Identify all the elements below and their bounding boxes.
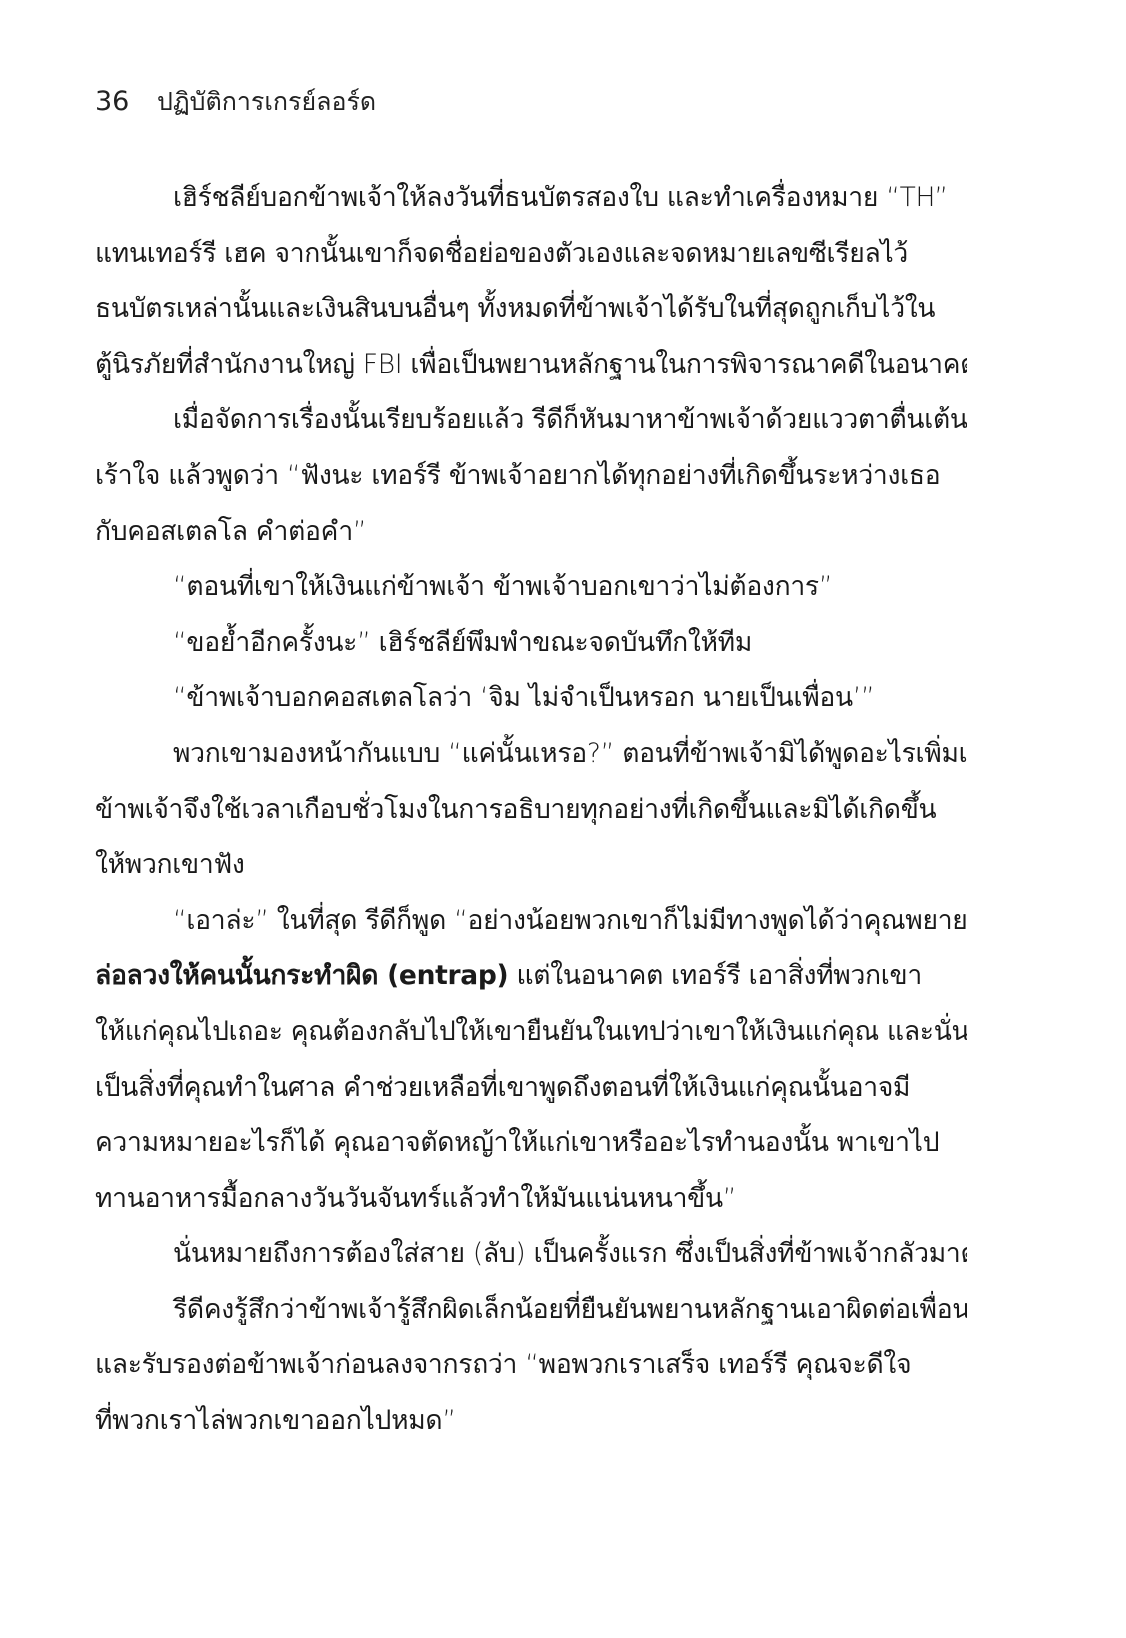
paragraph: เมื่อจัดการเรื่องนั้นเรียบร้อยแล้ว รีดีก…	[95, 392, 967, 559]
book-page: 36 ปฏิบัติการเกรย์ลอร์ด เฮิร์ชลีย์บอกข้า…	[0, 0, 1126, 1638]
text-line: ทานอาหารมื้อกลางวันวันจันทร์แล้วทำให้มัน…	[95, 1171, 967, 1227]
running-header: 36 ปฏิบัติการเกรย์ลอร์ด	[95, 82, 376, 122]
paragraph: “ข้าพเจ้าบอกคอสเตลโลว่า ‘จิม ไม่จำเป็นหร…	[95, 670, 967, 726]
text-line: “ข้าพเจ้าบอกคอสเตลโลว่า ‘จิม ไม่จำเป็นหร…	[95, 670, 967, 726]
page-number: 36	[95, 86, 157, 117]
text-line: เมื่อจัดการเรื่องนั้นเรียบร้อยแล้ว รีดีก…	[95, 392, 967, 448]
paragraph: เฮิร์ชลีย์บอกข้าพเจ้าให้ลงวันที่ธนบัตรสอ…	[95, 170, 967, 392]
text-line: เฮิร์ชลีย์บอกข้าพเจ้าให้ลงวันที่ธนบัตรสอ…	[95, 170, 967, 226]
text-line: ล่อลวงให้คนนั้นกระทำผิด (entrap) แต่ในอน…	[95, 948, 967, 1004]
text-line: ให้พวกเขาฟัง	[95, 837, 967, 893]
text-line: ธนบัตรเหล่านั้นและเงินสินบนอื่นๆ ทั้งหมด…	[95, 281, 967, 337]
paragraph: พวกเขามองหน้ากันแบบ “แค่นั้นเหรอ?” ตอนที…	[95, 726, 967, 893]
body-text: เฮิร์ชลีย์บอกข้าพเจ้าให้ลงวันที่ธนบัตรสอ…	[95, 170, 967, 1449]
paragraph: รีดีคงรู้สึกว่าข้าพเจ้ารู้สึกผิดเล็กน้อย…	[95, 1282, 967, 1449]
text-line: “เอาล่ะ” ในที่สุด รีดีก็พูด “อย่างน้อยพว…	[95, 893, 967, 949]
bold-term: ล่อลวงให้คนนั้นกระทำผิด (entrap)	[95, 960, 508, 991]
paragraph: นั่นหมายถึงการต้องใส่สาย (ลับ) เป็นครั้ง…	[95, 1226, 967, 1282]
text-line: ความหมายอะไรก็ได้ คุณอาจตัดหญ้าให้แก่เขา…	[95, 1115, 967, 1171]
text-line: ตู้นิรภัยที่สำนักงานใหญ่ FBI เพื่อเป็นพย…	[95, 337, 967, 393]
text-line: กับคอสเตลโล คำต่อคำ”	[95, 504, 967, 560]
text-line: พวกเขามองหน้ากันแบบ “แค่นั้นเหรอ?” ตอนที…	[95, 726, 967, 782]
text-line: เร้าใจ แล้วพูดว่า “ฟังนะ เทอร์รี ข้าพเจ้…	[95, 448, 967, 504]
text-line: ที่พวกเราไล่พวกเขาออกไปหมด”	[95, 1393, 967, 1449]
text-line: นั่นหมายถึงการต้องใส่สาย (ลับ) เป็นครั้ง…	[95, 1226, 967, 1282]
text-line: ข้าพเจ้าจึงใช้เวลาเกือบชั่วโมงในการอธิบา…	[95, 782, 967, 838]
text-line: เป็นสิ่งที่คุณทำในศาล คำช่วยเหลือที่เขาพ…	[95, 1060, 967, 1116]
paragraph: “ขอย้ำอีกครั้งนะ” เฮิร์ชลีย์พึมพำขณะจดบั…	[95, 615, 967, 671]
paragraph: “ตอนที่เขาให้เงินแก่ข้าพเจ้า ข้าพเจ้าบอก…	[95, 559, 967, 615]
text-line: และรับรองต่อข้าพเจ้าก่อนลงจากรถว่า “พอพว…	[95, 1337, 967, 1393]
text-line: แทนเทอร์รี เฮค จากนั้นเขาก็จดชื่อย่อของต…	[95, 226, 967, 282]
text-line: ให้แก่คุณไปเถอะ คุณต้องกลับไปให้เขายืนยั…	[95, 1004, 967, 1060]
text-line: “ขอย้ำอีกครั้งนะ” เฮิร์ชลีย์พึมพำขณะจดบั…	[95, 615, 967, 671]
text-line: รีดีคงรู้สึกว่าข้าพเจ้ารู้สึกผิดเล็กน้อย…	[95, 1282, 967, 1338]
text-span: แต่ในอนาคต เทอร์รี เอาสิ่งที่พวกเขา	[508, 960, 922, 991]
text-line: “ตอนที่เขาให้เงินแก่ข้าพเจ้า ข้าพเจ้าบอก…	[95, 559, 967, 615]
book-title: ปฏิบัติการเกรย์ลอร์ด	[157, 82, 376, 122]
paragraph: “เอาล่ะ” ในที่สุด รีดีก็พูด “อย่างน้อยพว…	[95, 893, 967, 1227]
